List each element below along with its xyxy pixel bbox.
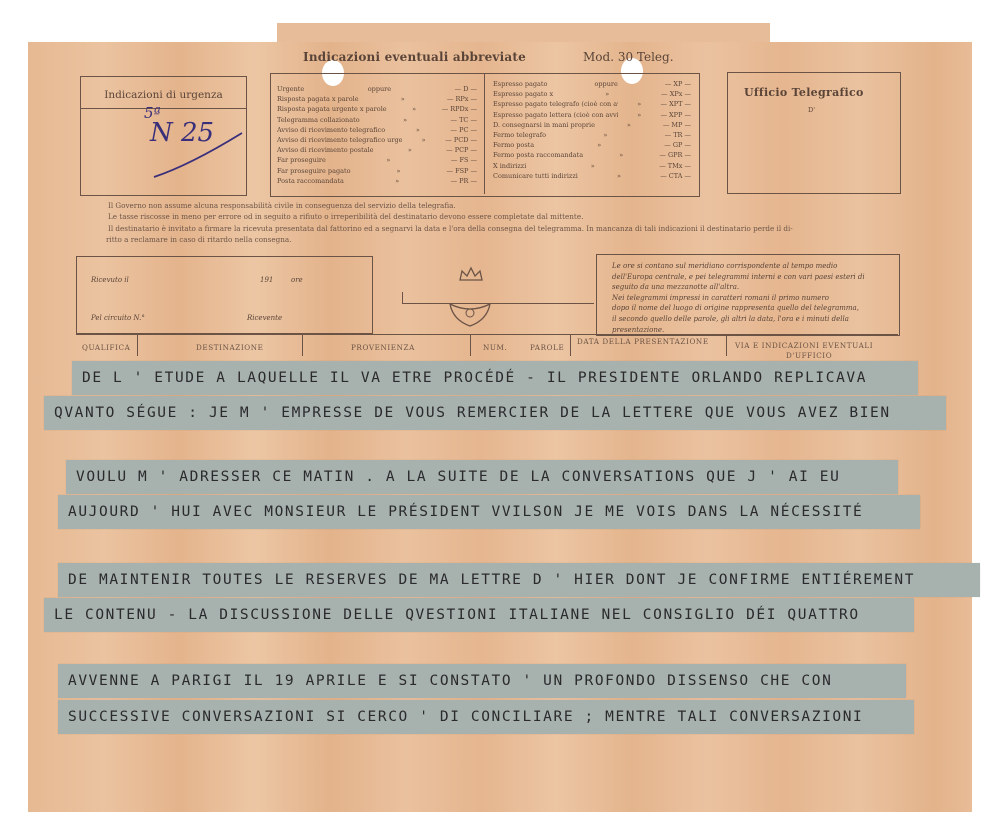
circuit-label: Pel circuito N.° [91,313,145,324]
tape-strip-7: AVVENNE A PARIGI IL 19 APRILE E SI CONST… [58,664,906,698]
year-label: 191 [260,275,273,286]
tape-strip-8: SUCCESSIVE CONVERSAZIONI SI CERCO ' DI C… [58,700,914,734]
code-row: Avviso di ricevimento postale»— PCP — [277,145,477,155]
notice-line: ritto a reclamare in caso di ritardo nel… [106,234,908,245]
urgency-title: Indicazioni di urgenza [81,89,246,101]
time-note-line: Nei telegrammi impressi in caratteri rom… [612,293,897,304]
code-row: Fermo telegrafo»— TR — [493,130,691,140]
tape-strip-3: VOULU M ' ADRESSER CE MATIN . A LA SUITE… [66,460,898,494]
time-note-line: il secondo quello delle parole, gli altr… [612,314,897,325]
tape-strip-2: QVANTO SÉGUE : JE M ' EMPRESSE DE VOUS R… [44,396,946,430]
codes-list-left: Urgenteoppure— D —Risposta pagata x paro… [277,84,477,186]
code-row: Espresso pagato telegrafo (cioè con avvi… [493,99,691,109]
coat-of-arms-icon [447,302,493,328]
code-row: Posta raccomandata»— PR — [277,176,477,186]
column-divider [726,334,727,356]
column-via-indicazioni: VIA E INDICAZIONI EVENTUALI [735,341,873,350]
column-divider [302,334,303,356]
crest-line [402,303,594,304]
code-row: Fermo posta raccomandata»— GPR — [493,150,691,160]
code-row: Risposta pagata x parole»— RPx — [277,94,477,104]
code-row: Espresso pagato lettera (cioè con avviso… [493,110,691,120]
columns-top-line [76,334,898,335]
receiver-label: Ricevente [247,313,282,324]
column-provenienza: PROVENIENZA [351,343,415,352]
column-qualifica: QUALIFICA [82,343,130,352]
receipt-box: Ricevuto il 191 ore Pel circuito N.° Ric… [76,256,373,334]
urgency-divider [81,108,246,109]
code-row: Fermo posta»— GP — [493,140,691,150]
telegraph-office-box: Ufficio Telegrafico D' [727,72,901,194]
code-row: Telegramma collazionato»— TC — [277,115,477,125]
handwritten-stroke [150,125,250,185]
code-row: Risposta pagata urgente x parole»— RPDx … [277,104,477,114]
notice-line: Il Governo non assume alcuna responsabil… [108,200,908,211]
tape-strip-5: DE MAINTENIR TOUTES LE RESERVES DE MA LE… [58,563,980,597]
codes-divider [484,74,485,194]
code-row: Far proseguire»— FS — [277,155,477,165]
column-parole: PAROLE [530,343,564,352]
column-ufficio: D'UFFICIO [786,351,832,360]
received-label: Ricevuto il [91,275,129,286]
code-row: Avviso di ricevimento telegrafico»— PC — [277,125,477,135]
form-model-number: Mod. 30 Teleg. [583,50,674,64]
column-divider [470,334,471,356]
column-destinazione: DESTINAZIONE [196,343,264,352]
codes-list-right: Espresso pagatooppure— XP —Espresso paga… [493,79,691,181]
tape-strip-4: AUJOURD ' HUI AVEC MONSIEUR LE PRÉSIDENT… [58,495,920,529]
column-num: NUM. [483,343,507,352]
hour-label: ore [291,275,303,286]
code-row: Urgenteoppure— D — [277,84,477,94]
code-row: X indirizzi»— TMx — [493,161,691,171]
code-row: Espresso pagatooppure— XP — [493,79,691,89]
time-note-line: Le ore si contano sul meridiano corrispo… [612,261,897,272]
time-note-line: dopo il nome del luogo di origine rappre… [612,303,897,314]
tape-strip-1: DE L ' ETUDE A LAQUELLE IL VA ETRE PROCÉ… [72,361,918,395]
code-row: Far proseguire pagato»— FSP — [277,166,477,176]
code-row: Comunicare tutti indirizzi»— CTA — [493,171,691,181]
office-title: Ufficio Telegrafico [744,86,864,99]
legal-notices: Il Governo non assume alcuna responsabil… [108,200,908,246]
crest-line-tick [402,292,403,304]
code-row: Avviso di ricevimento telegrafico urgent… [277,135,477,145]
code-row: D. consegnarsi in mani proprie»— MP — [493,120,691,130]
time-note: Le ore si contano sul meridiano corrispo… [612,261,897,335]
notice-line: Il destinatario è invitato a firmare la … [108,223,908,234]
time-note-line: seguito da una mezzanotte all'altra. [612,282,897,293]
column-divider [570,334,571,356]
column-data-presentazione: DATA DELLA PRESENTAZIONE [577,337,709,346]
office-subtitle: D' [808,106,815,114]
column-divider [137,334,138,356]
crown-emblem-icon [458,266,484,282]
code-row: Espresso pagato x»— XPx — [493,89,691,99]
time-note-line: dell'Europa centrale, e pei telegrammi i… [612,272,897,283]
notice-line: Le tasse riscosse in meno per errore od … [108,211,908,222]
tape-strip-6: LE CONTENU - LA DISCUSSIONE DELLE QVESTI… [44,598,914,632]
form-header-title: Indicazioni eventuali abbreviate [303,50,526,64]
